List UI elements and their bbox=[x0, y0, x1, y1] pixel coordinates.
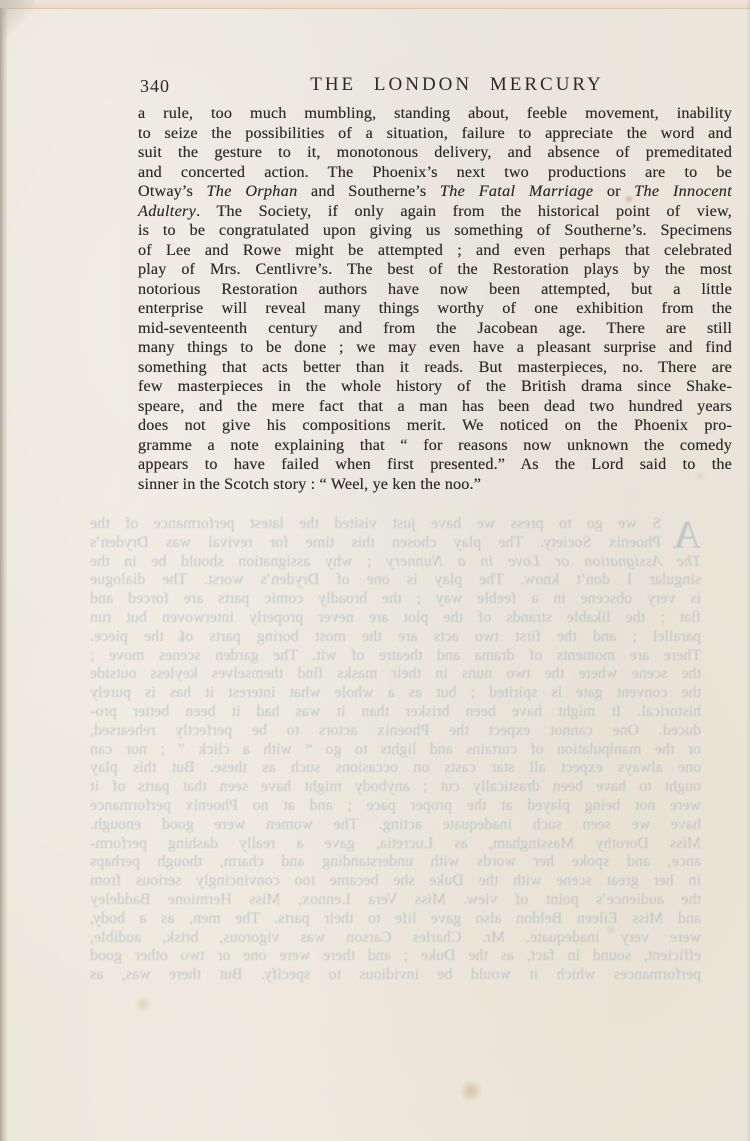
text-line: historical. It might have been brisker t… bbox=[90, 703, 701, 722]
text-line: or the manipulation of curtains and ligh… bbox=[90, 741, 701, 760]
text-line: to seize the possibilities of a situatio… bbox=[138, 124, 732, 144]
text-line: speare, and the mere fact that a man has… bbox=[138, 397, 732, 417]
text-line: and concerted action. The Phoenix’s next… bbox=[138, 163, 732, 183]
text-line: Phoenix Society. The play chosen this ti… bbox=[90, 534, 701, 553]
text-line: Otway’s The Orphan and Southerne’s The F… bbox=[138, 182, 732, 202]
text-line: does not give his compositions merit. We… bbox=[138, 416, 732, 436]
text-line: parallel ; and the first two acts are th… bbox=[90, 628, 701, 647]
text-line: something that acts better than it reads… bbox=[138, 358, 732, 378]
text-line: the convent gate is spirited ; but as a … bbox=[90, 684, 701, 703]
scanned-book-page: 340 THE LONDON MERCURY a rule, too much … bbox=[0, 0, 750, 1141]
text-line: in her great scene with the Duke she bec… bbox=[90, 872, 701, 891]
page-top-edge bbox=[0, 0, 750, 9]
page-left-edge bbox=[0, 8, 7, 1141]
text-line: a rule, too much mumbling, standing abou… bbox=[138, 104, 732, 124]
text-line: of Lee and Rowe might be attempted ; and… bbox=[138, 241, 732, 261]
foxing-stain bbox=[458, 1080, 484, 1102]
foxing-stain bbox=[134, 996, 152, 1012]
text-line: enterprise will reveal many things worth… bbox=[138, 299, 732, 319]
text-line: have we seen such inadequate acting. The… bbox=[90, 816, 701, 835]
text-line: ought to have been drastically cut ; any… bbox=[90, 778, 701, 797]
text-line: few masterpieces in the whole history of… bbox=[138, 377, 732, 397]
text-line: is very obscene in a feeble way ; the br… bbox=[90, 590, 701, 609]
text-line: many things to be done ; we may even hav… bbox=[138, 338, 732, 358]
text-line: were not being played at the proper pace… bbox=[90, 797, 701, 816]
text-line: flat ; the likable strands of the plot a… bbox=[90, 609, 701, 628]
article-text: a rule, too much mumbling, standing abou… bbox=[138, 104, 732, 494]
text-line: the scene where the two nuns in their ma… bbox=[90, 665, 701, 684]
text-line: duced. One cannot expect the Phoenix act… bbox=[90, 722, 701, 741]
text-line: suit the gesture to it, monotonous deliv… bbox=[138, 143, 732, 163]
show-through-lines: S we go to press we have just visited th… bbox=[90, 515, 701, 985]
text-line: singular I don’t know. The play is one o… bbox=[90, 571, 701, 590]
text-line: The Assignation or Love in a Nunnery ; w… bbox=[90, 553, 701, 572]
journal-title: THE LONDON MERCURY bbox=[138, 74, 732, 96]
text-line: There are moments of drama and theatre o… bbox=[90, 647, 701, 666]
text-line: is to be congratulated upon giving us so… bbox=[138, 221, 732, 241]
text-line: Adultery. The Society, if only again fro… bbox=[138, 202, 732, 222]
page-corner-shadow bbox=[0, 0, 34, 40]
text-line: play of Mrs. Centlivre’s. The best of th… bbox=[138, 260, 732, 280]
text-line: gramme a note explaining that “ for reas… bbox=[138, 436, 732, 456]
text-line: efficient, sound in fact, as the Duke ; … bbox=[90, 947, 701, 966]
text-line: notorious Restoration authors have now b… bbox=[138, 280, 732, 300]
text-line: sinner in the Scotch story : “ Weel, ye … bbox=[138, 475, 732, 495]
text-line: were very inadequate. Mr. Charles Carson… bbox=[90, 929, 701, 948]
running-header: 340 THE LONDON MERCURY bbox=[138, 74, 732, 100]
text-line: S we go to press we have just visited th… bbox=[90, 515, 701, 534]
text-line: and Miss Eileen Beldon also gave life to… bbox=[90, 910, 701, 929]
text-line: mid-seventeenth century and from the Jac… bbox=[138, 319, 732, 339]
page-right-edge bbox=[746, 0, 750, 1141]
mirrored-reverse-page-text: A S we go to press we have just visited … bbox=[90, 515, 701, 985]
drop-cap-letter: A bbox=[673, 516, 701, 553]
text-line: the audience’s point of view. Miss Vera … bbox=[90, 891, 701, 910]
show-through-text-block: A S we go to press we have just visited … bbox=[90, 515, 701, 985]
text-line: one always expect all star casts on occa… bbox=[90, 759, 701, 778]
text-line: performances which it would be invidious… bbox=[90, 966, 701, 985]
text-line: Miss Dorothy Massingham, as Lucretia, ga… bbox=[90, 835, 701, 854]
text-line: appears to have failed when first presen… bbox=[138, 455, 732, 475]
text-line: ance, and spoke her words with understan… bbox=[90, 853, 701, 872]
